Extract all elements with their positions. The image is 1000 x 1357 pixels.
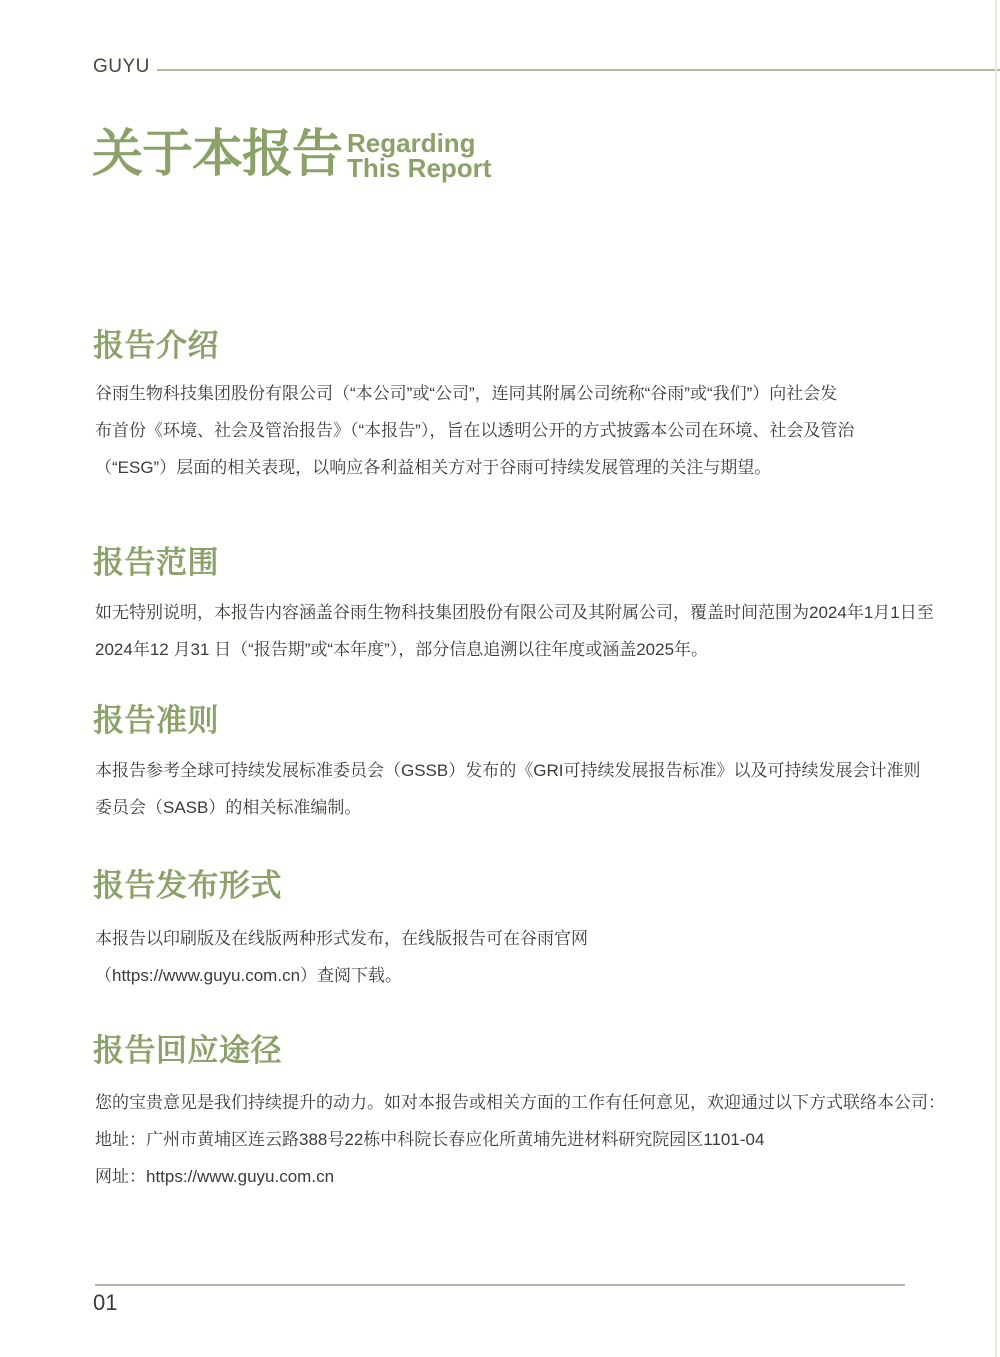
section-body-report-feedback-channels: 您的宝贵意见是我们持续提升的动力。如对本报告或相关方面的工作有任何意见，欢迎通过… <box>95 1084 965 1195</box>
section-heading-report-release-format: 报告发布形式 <box>93 864 282 908</box>
section-body-report-scope: 如无特别说明，本报告内容涵盖谷雨生物科技集团股份有限公司及其附属公司，覆盖时间范… <box>95 594 965 668</box>
brand-logo-text: GUYU <box>93 55 150 79</box>
section-body-report-release-format: 本报告以印刷版及在线版两种形式发布，在线版报告可在谷雨官网 （https://w… <box>95 920 965 994</box>
page-title-chinese: 关于本报告 <box>92 122 342 186</box>
section-heading-report-intro: 报告介绍 <box>93 324 219 368</box>
footer-rule <box>95 1284 905 1286</box>
page-edge-line <box>995 0 997 1357</box>
section-heading-report-feedback-channels: 报告回应途径 <box>93 1029 282 1073</box>
header-rule <box>157 69 1000 71</box>
section-heading-report-scope: 报告范围 <box>93 541 219 585</box>
page-number: 01 <box>93 1289 117 1317</box>
section-body-report-intro: 谷雨生物科技集团股份有限公司（“本公司”或“公司”，连同其附属公司统称“谷雨”或… <box>95 375 965 486</box>
section-body-report-standards: 本报告参考全球可持续发展标准委员会（GSSB）发布的《GRI可持续发展报告标准》… <box>95 752 965 826</box>
section-heading-report-standards: 报告准则 <box>93 699 219 743</box>
report-page: GUYU 关于本报告 Regarding This Report 报告介绍 谷雨… <box>0 0 1000 1357</box>
page-title-english-line2: This Report <box>347 156 491 181</box>
page-title-english: Regarding This Report <box>347 131 491 181</box>
